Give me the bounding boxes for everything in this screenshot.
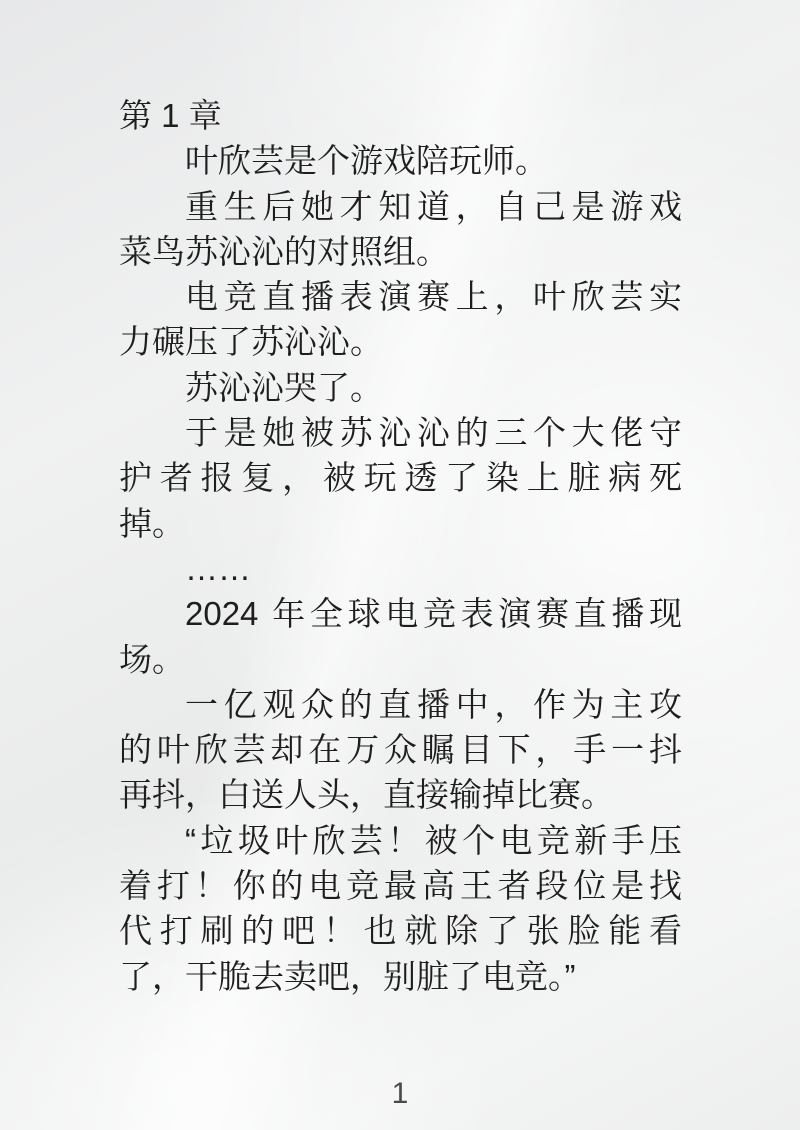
text-line: 电竞直播表演赛上，叶欣芸实 (119, 274, 682, 319)
text-line: 场。 (119, 637, 682, 682)
chapter-title-line: 第 1 章 (119, 93, 682, 138)
text-line: “垃圾叶欣芸！被个电竞新手压 (119, 818, 682, 863)
text-line: 一亿观众的直播中，作为主攻 (119, 682, 682, 727)
text-line: …… (119, 546, 682, 591)
text-line: 着打！你的电竞最高王者段位是找 (119, 863, 682, 908)
text-line: 了，干脆去卖吧，别脏了电竞。” (119, 954, 682, 999)
text-line: 苏沁沁哭了。 (119, 365, 682, 410)
text-line: 叶欣芸是个游戏陪玩师。 (119, 138, 682, 183)
text-line: 于是她被苏沁沁的三个大佬守 (119, 410, 682, 455)
page-number: 1 (0, 1076, 800, 1112)
text-line: 掉。 (119, 501, 682, 546)
text-line: 再抖，白送人头，直接输掉比赛。 (119, 772, 682, 817)
text-line: 代打刷的吧！也就除了张脸能看 (119, 908, 682, 953)
text-line: 2024 年全球电竞表演赛直播现 (119, 591, 682, 636)
text-line: 力碾压了苏沁沁。 (119, 319, 682, 364)
chapter-text-block: 第 1 章叶欣芸是个游戏陪玩师。重生后她才知道，自己是游戏菜鸟苏沁沁的对照组。电… (119, 93, 682, 999)
ebook-page: 第 1 章叶欣芸是个游戏陪玩师。重生后她才知道，自己是游戏菜鸟苏沁沁的对照组。电… (0, 0, 800, 1130)
text-line: 护者报复，被玩透了染上脏病死 (119, 455, 682, 500)
text-line: 菜鸟苏沁沁的对照组。 (119, 229, 682, 274)
text-line: 重生后她才知道，自己是游戏 (119, 184, 682, 229)
text-line: 的叶欣芸却在万众瞩目下，手一抖 (119, 727, 682, 772)
